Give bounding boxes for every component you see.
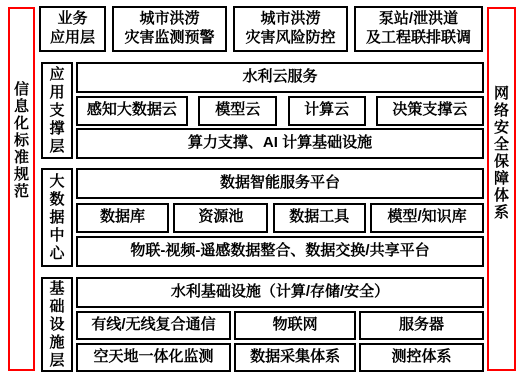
layer-label-application-support: 应用支撑层	[41, 62, 73, 159]
box-model-cloud: 模型云	[198, 96, 277, 126]
layer-label-big-data-center-text: 大数据中心	[49, 173, 65, 263]
application-support-layer-row: 应用支撑层 水利云服务 感知大数据云 模型云 计算云 决策支撑云 算力支撑、AI…	[41, 62, 484, 159]
box-computing-power-ai-infrastructure: 算力支撑、AI 计算基础设施	[76, 128, 484, 159]
big-data-center-row: 大数据中心 数据智能服务平台 数据库 资源池 数据工具 模型/知识库 物联-视频…	[41, 168, 484, 267]
layer-label-business-application: 业务 应用层	[39, 6, 106, 52]
data-boxes-row: 数据库 资源池 数据工具 模型/知识库	[76, 203, 484, 233]
right-frame-network-security: 网络安全保障体系	[487, 7, 516, 371]
left-frame-info-standards: 信息化标准规范	[8, 7, 35, 371]
layer-label-application-support-text: 应用支撑层	[49, 66, 65, 156]
box-space-air-ground-monitoring: 空天地一体化监测	[76, 343, 231, 372]
infrastructure-content: 水利基础设施（计算/存储/安全） 有线/无线复合通信 物联网 服务器 空天地一体…	[76, 277, 484, 372]
box-iot: 物联网	[234, 311, 356, 340]
infrastructure-boxes-row-2: 空天地一体化监测 数据采集体系 测控体系	[76, 343, 484, 372]
box-data-intelligent-service-platform: 数据智能服务平台	[76, 168, 484, 199]
layer-label-infrastructure: 基础设施层	[41, 277, 73, 372]
water-architecture-diagram: 信息化标准规范 网络安全保障体系 业务 应用层 城市洪涝 灾害监测预警 城市洪涝…	[0, 0, 519, 377]
box-water-cloud-services: 水利云服务	[76, 62, 484, 93]
box-pump-station-spillway-coordination: 泵站/泄洪道 及工程联排联调	[354, 6, 483, 52]
box-decision-support-cloud: 决策支撑云	[376, 96, 484, 126]
box-urban-flood-risk-control: 城市洪涝 灾害风险防控	[233, 6, 348, 52]
box-resource-pool: 资源池	[173, 203, 268, 233]
business-application-layer-row: 业务 应用层 城市洪涝 灾害监测预警 城市洪涝 灾害风险防控 泵站/泄洪道 及工…	[39, 6, 483, 52]
box-database: 数据库	[76, 203, 169, 233]
application-support-content: 水利云服务 感知大数据云 模型云 计算云 决策支撑云 算力支撑、AI 计算基础设…	[76, 62, 484, 159]
box-data-integration-exchange-platform: 物联-视频-遥感数据整合、数据交换/共享平台	[76, 236, 484, 267]
layer-label-big-data-center: 大数据中心	[41, 168, 73, 267]
box-urban-flood-monitoring-warning: 城市洪涝 灾害监测预警	[112, 6, 227, 52]
box-data-collection-system: 数据采集体系	[234, 343, 356, 372]
big-data-center-content: 数据智能服务平台 数据库 资源池 数据工具 模型/知识库 物联-视频-遥感数据整…	[76, 168, 484, 267]
box-data-tools: 数据工具	[273, 203, 366, 233]
left-frame-label: 信息化标准规范	[14, 81, 30, 200]
right-frame-label: 网络安全保障体系	[494, 85, 510, 221]
box-computing-cloud: 计算云	[288, 96, 366, 126]
infrastructure-layer-row: 基础设施层 水利基础设施（计算/存储/安全） 有线/无线复合通信 物联网 服务器…	[41, 277, 484, 372]
box-water-infrastructure: 水利基础设施（计算/存储/安全）	[76, 277, 484, 308]
layer-label-infrastructure-text: 基础设施层	[49, 280, 65, 370]
box-wired-wireless-communication: 有线/无线复合通信	[76, 311, 231, 340]
box-model-knowledge-base: 模型/知识库	[370, 203, 484, 233]
infrastructure-boxes-row-1: 有线/无线复合通信 物联网 服务器	[76, 311, 484, 340]
box-perception-bigdata-cloud: 感知大数据云	[76, 96, 188, 126]
box-measurement-control-system: 测控体系	[359, 343, 484, 372]
cloud-boxes-row: 感知大数据云 模型云 计算云 决策支撑云	[76, 96, 484, 126]
box-server: 服务器	[359, 311, 484, 340]
